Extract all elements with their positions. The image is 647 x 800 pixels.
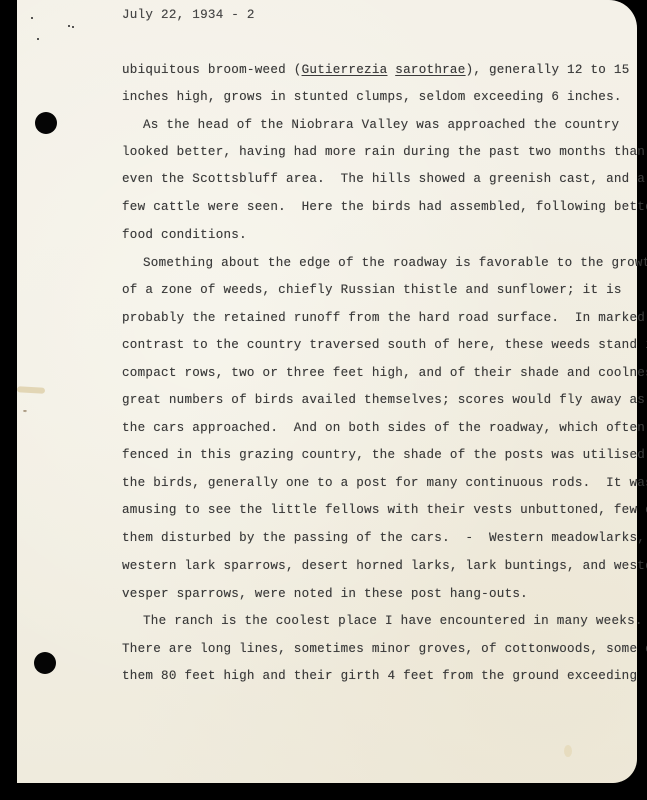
text-line: amusing to see the little fellows with t…: [122, 504, 647, 517]
dust-speck: [72, 26, 74, 28]
text-segment: ), generally 12 to 15: [466, 63, 630, 77]
text-line: ubiquitous broom-weed (Gutierrezia sarot…: [122, 64, 630, 77]
text-line: food conditions.: [122, 229, 247, 242]
text-line: contrast to the country traversed south …: [122, 339, 647, 352]
text-line: Something about the edge of the roadway …: [143, 257, 647, 270]
scanned-page: ≈ July 22, 1934 - 2 ubiquitous broom-wee…: [0, 0, 647, 800]
text-line: looked better, having had more rain duri…: [122, 146, 645, 159]
text-line: compact rows, two or three feet high, an…: [122, 367, 647, 380]
text-line: them disturbed by the passing of the car…: [122, 532, 645, 545]
page-header-date: July 22, 1934 - 2: [122, 9, 255, 22]
dust-speck: [31, 17, 33, 19]
text-line: western lark sparrows, desert horned lar…: [122, 560, 647, 573]
scientific-name: sarothrae: [395, 63, 465, 77]
dust-speck: [37, 38, 39, 40]
text-segment: ubiquitous broom-weed (: [122, 63, 302, 77]
text-line: probably the retained runoff from the ha…: [122, 312, 645, 325]
text-line: of a zone of weeds, chiefly Russian this…: [122, 284, 622, 297]
text-line: even the Scottsbluff area. The hills sho…: [122, 173, 645, 186]
text-line: As the head of the Niobrara Valley was a…: [143, 119, 619, 132]
text-line: few cattle were seen. Here the birds had…: [122, 201, 647, 214]
text-line: the birds, generally one to a post for m…: [122, 477, 647, 490]
text-line: vesper sparrows, were noted in these pos…: [122, 588, 528, 601]
text-line: fenced in this grazing country, the shad…: [122, 449, 647, 462]
text-line: the cars approached. And on both sides o…: [122, 422, 647, 435]
dust-speck: [68, 25, 70, 27]
punch-hole-icon: [35, 112, 57, 134]
text-line: There are long lines, sometimes minor gr…: [122, 643, 647, 656]
text-line: The ranch is the coolest place I have en…: [143, 615, 643, 628]
text-line: great numbers of birds availed themselve…: [122, 394, 645, 407]
scientific-name: Gutierrezia: [302, 63, 388, 77]
paper-stain: [564, 745, 572, 757]
margin-mark: ≈: [23, 408, 27, 415]
text-line: inches high, grows in stunted clumps, se…: [122, 91, 622, 104]
text-line: them 80 feet high and their girth 4 feet…: [122, 670, 637, 683]
punch-hole-icon: [34, 652, 56, 674]
